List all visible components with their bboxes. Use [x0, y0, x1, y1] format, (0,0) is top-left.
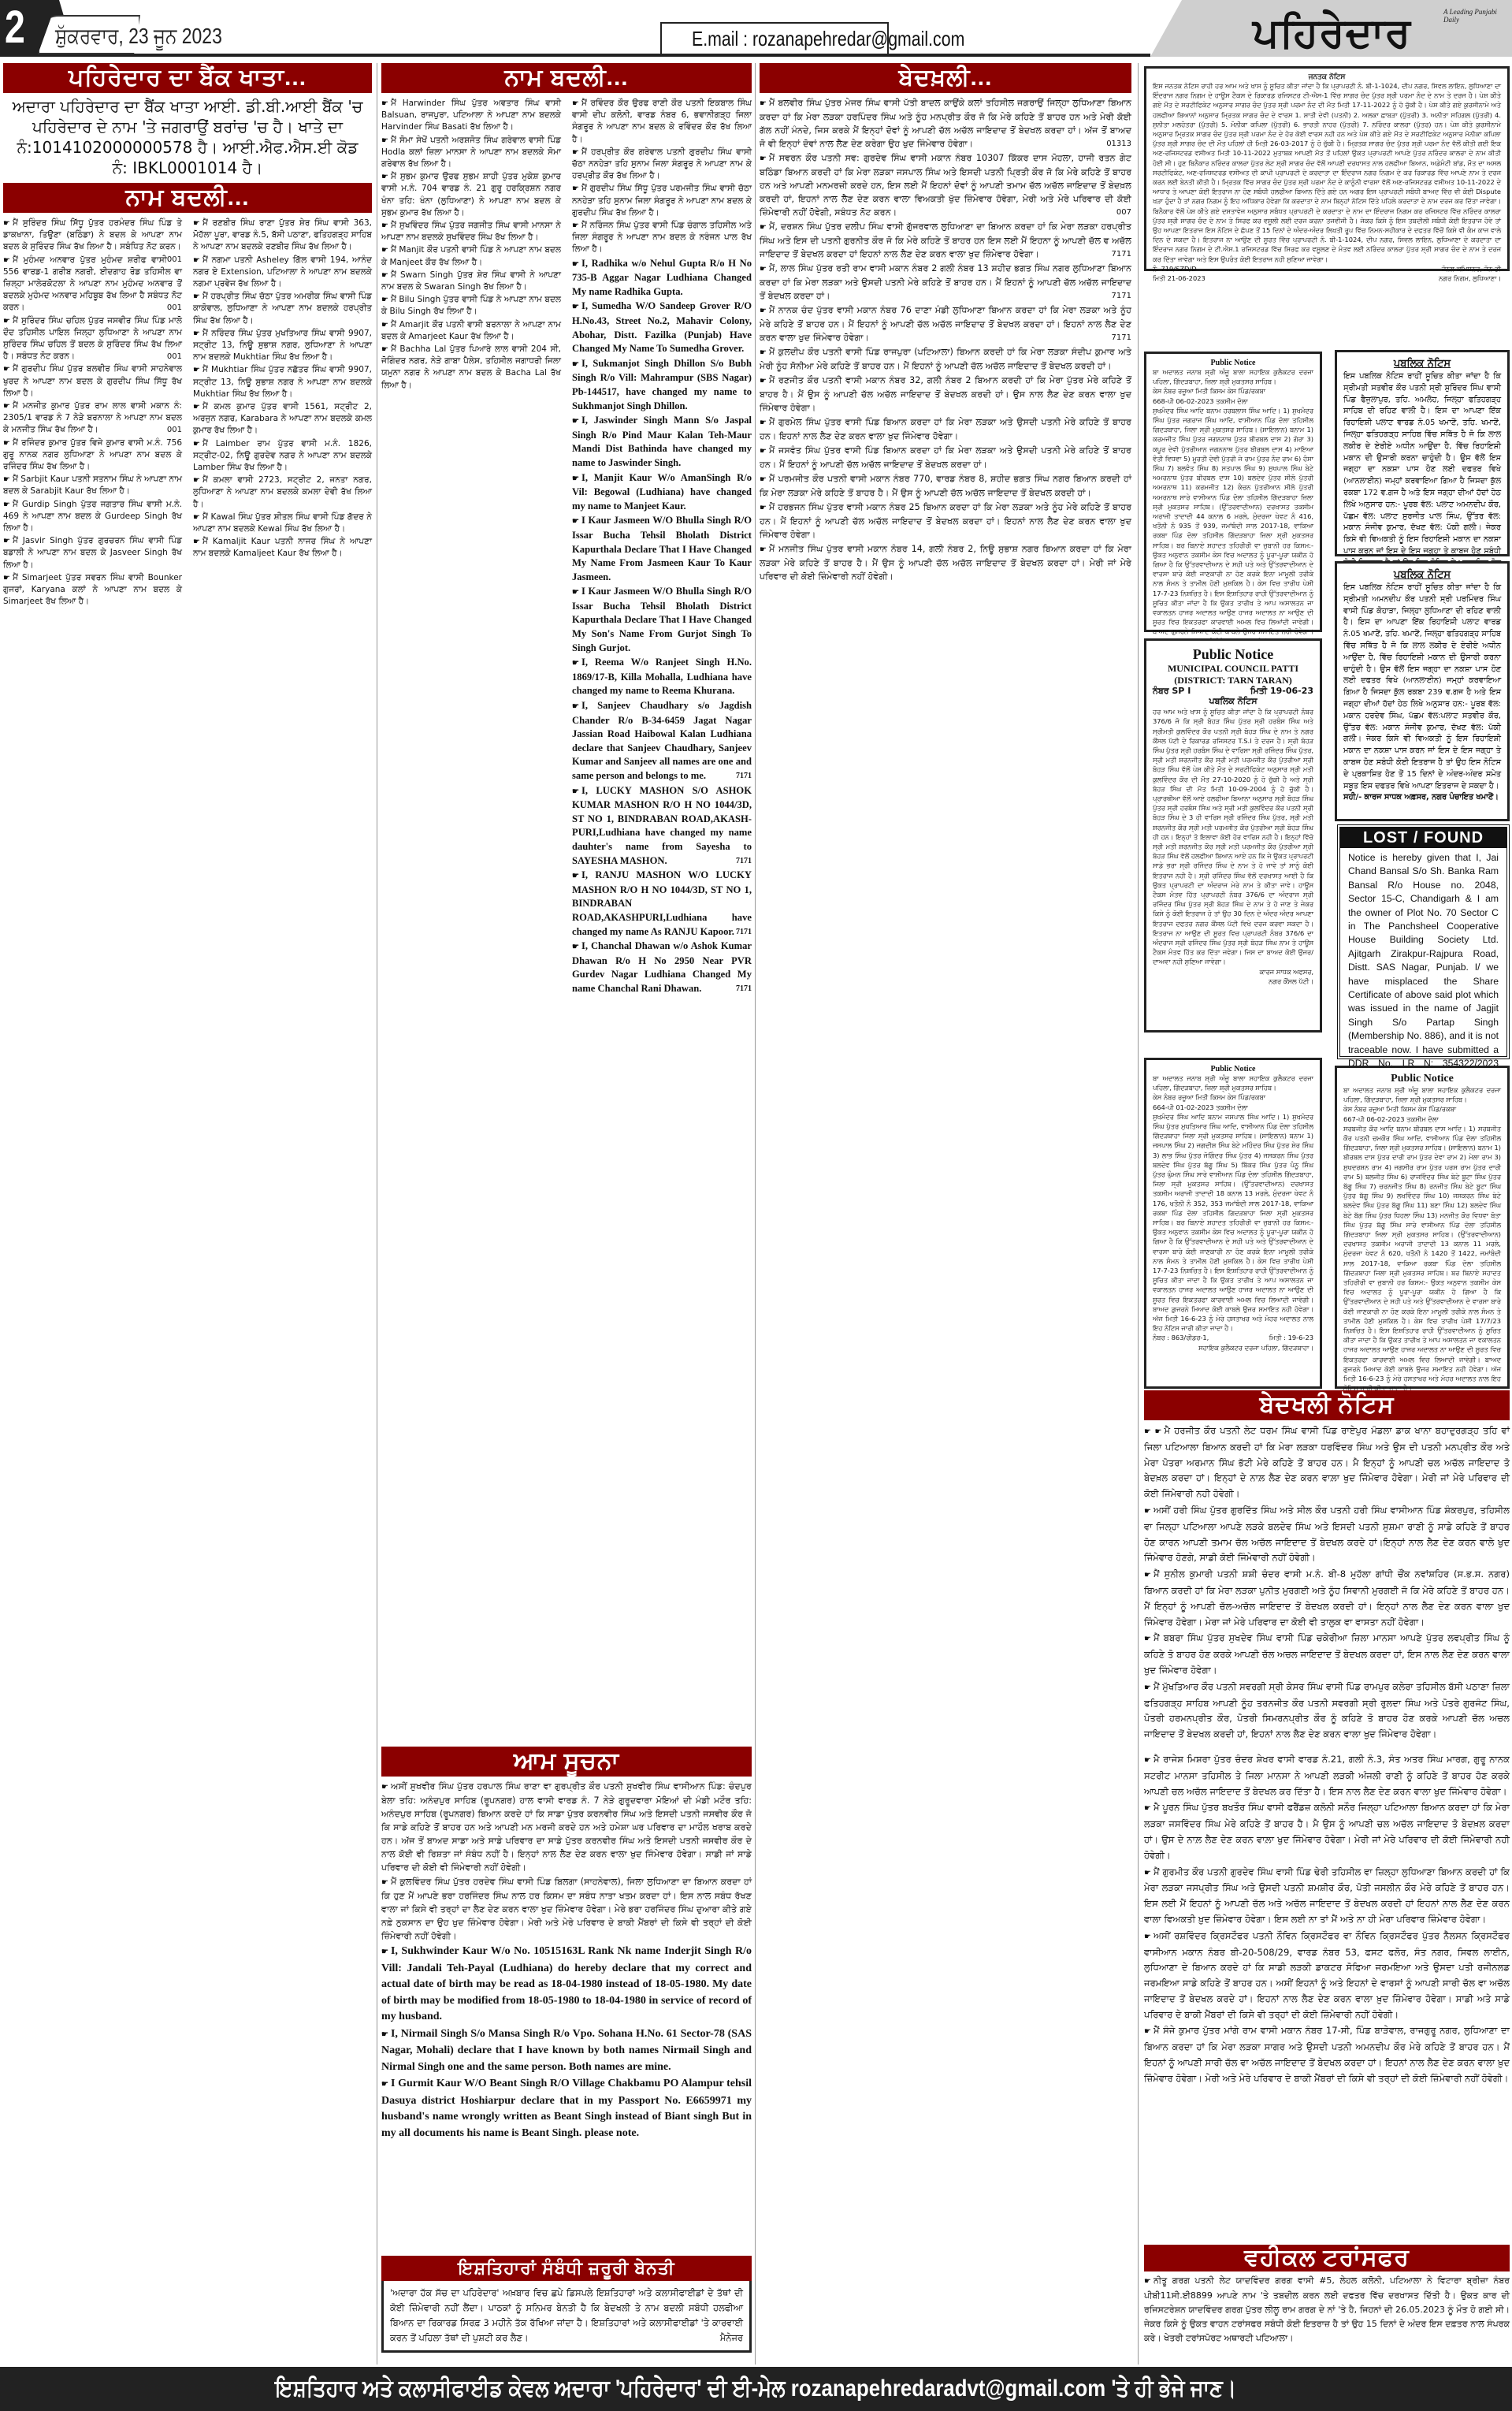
list-item: ☛ਮੈਂ ਸੁਖਵਿੰਦਰ ਸਿੰਘ ਪੁੱਤਰ ਜਗਜੀਤ ਸਿੰਘ ਵਾਸੀ…	[381, 220, 561, 244]
list-item: ☛ਮੈਂ ਸੁਨੀਲ ਕੁਮਾਰੀ ਪਤਨੀ ਸ਼ਸ਼ੀ ਚੰਦਰ ਵਾਸੀ ਮ…	[1144, 1567, 1510, 1630]
pointing-hand-icon: ☛	[3, 537, 10, 545]
notice-title: ਜਨਤਕ ਨੋਟਿਸ	[1153, 73, 1501, 81]
pointing-hand-icon: ☛	[572, 787, 579, 796]
pointing-hand-icon: ☛	[760, 348, 767, 357]
pointing-hand-icon: ☛	[760, 154, 767, 163]
pointing-hand-icon: ☛	[381, 271, 388, 280]
list-item: ☛ਮੈਂ ਮਨਜੀਤ ਕੁਮਾਰ ਪੁੱਤਰ ਰਾਮ ਲਾਲ ਵਾਸੀ ਮਕਾਨ…	[3, 400, 182, 437]
notice-subtitle: MUNICIPAL COUNCIL PATTI	[1153, 663, 1313, 675]
pointing-hand-icon: ☛	[3, 500, 10, 509]
list-item: ☛ਮੈਂ Harwinder ਸਿੰਘ ਪੁੱਤਰ ਅਵਤਾਰ ਸਿੰਘ ਵਾਸ…	[381, 98, 561, 134]
list-item: ☛I, RANJU MASHON W/O LUCKY MASHON R/O H …	[572, 869, 752, 939]
case-header: ਕੇਸ ਨੰਬਰ ਰਜੂਆ ਮਿਤੀ ਕਿਸਮ ਕੇਸ ਪਿੰਡ/ਰਕਬਾ	[1153, 386, 1313, 396]
pointing-hand-icon: ☛	[760, 504, 767, 512]
pointing-hand-icon: ☛	[760, 419, 767, 427]
list-item: ☛ਮੈਂ ਸੰਜੇ ਕੁਮਾਰ ਪੁੱਤਰ ਮਾਂਗੇ ਰਾਮ ਵਾਸੀ ਮਕਾ…	[1144, 2023, 1510, 2086]
pointing-hand-icon: ☛	[193, 513, 200, 522]
name-change-header: ਨਾਮ ਬਦਲੀ...	[3, 183, 372, 213]
name-change-header-2: ਨਾਮ ਬਦਲੀ...	[381, 63, 752, 93]
lost-found-title: LOST / FOUND	[1340, 828, 1506, 848]
list-item: ☛ਮੈਂ, ਦਰਸ਼ਨ ਸਿੰਘ ਪੁੱਤਰ ਦਲੀਪ ਸਿੰਘ ਵਾਸੀ ਗੁ…	[760, 220, 1131, 261]
pointing-hand-icon: ☛	[572, 148, 579, 157]
list-item: ☛ਮੈਂ ਰਵਿੰਦਰ ਕੌਰ ਉਰਫ ਰਾਣੀ ਕੌਰ ਪਤਨੀ ਇਕਬਾਲ …	[572, 98, 752, 146]
disclaimer-header: ਇਸ਼ਤਿਹਾਰਾਂ ਸੰਬੰਧੀ ਜ਼ਰੂਰੀ ਬੇਨਤੀ	[381, 2256, 752, 2281]
pointing-hand-icon: ☛	[572, 99, 579, 108]
general-notice-section: ਆਮ ਸੂਚਨਾ ☛ਅਸੀਂ ਸੁਖਵੀਰ ਸਿੰਘ ਪੁੱਤਰ ਹਰਪਾਲ ਸ…	[381, 1747, 752, 2142]
masthead: 2 ਸ਼ੁੱਕਰਵਾਰ, 23 ਜੂਨ 2023 E.mail : rozana…	[0, 0, 1512, 58]
disclaimer-body: 'ਅਦਾਰਾ ਹੱਕ ਸੱਚ ਦਾ ਪਹਿਰੇਦਾਰ' ਅਖ਼ਬਾਰ ਵਿਚ ਛ…	[381, 2281, 752, 2353]
list-item: ☛ਮੈਂ ਗੁਰਮੀਤ ਕੌਰ ਪਤਨੀ ਗੁਰਦੇਵ ਸਿੰਘ ਵਾਸੀ ਪਿ…	[1144, 1865, 1510, 1928]
notice-title: Public Notice	[1343, 1073, 1501, 1085]
general-notice-punjabi: ☛ਅਸੀਂ ਸੁਖਵੀਰ ਸਿੰਘ ਪੁੱਤਰ ਹਰਪਾਲ ਸਿੰਘ ਰਾਣਾ …	[381, 1780, 752, 1943]
pointing-hand-icon: ☛	[572, 872, 579, 880]
list-item: ☛ਮੈਂ ਹਰਭਜਨ ਸਿੰਘ ਪੁੱਤਰ ਵਾਸੀ ਮਕਾਨ ਨੰਬਰ 25 …	[760, 500, 1131, 541]
pointing-hand-icon: ☛	[193, 366, 200, 374]
pointing-hand-icon: ☛	[381, 2080, 388, 2089]
list-item: ☛I, Manjit Kaur W/o AmanSingh R/o Vil: B…	[572, 471, 752, 514]
list-item: ☛I Gurmit Kaur W/O Beant Singh R/O Villa…	[381, 2076, 752, 2141]
case-header: ਕੇਸ ਨੰਬਰ ਰਜੂਆ ਮਿਤੀ ਕਿਸਮ ਕੇਸ ਪਿੰਡ/ਰਕਬਾ	[1343, 1104, 1501, 1114]
list-item: ☛ਮੈਂ Gurdip Singh ਪੁੱਤਰ ਜਗਤਾਰ ਸਿੰਘ ਵਾਸੀ …	[3, 499, 182, 535]
list-item: ☛ਮੈਂ ਮਨਜੀਤ ਸਿੰਘ ਪੁੱਤਰ ਵਾਸੀ ਮਕਾਨ ਨੰਬਰ 14,…	[760, 542, 1131, 583]
newspaper-logo: ਪਹਿਰੇਦਾਰ	[1253, 9, 1411, 58]
notice-ref-row: ਨੰਬਰ SP Iਮਿਤੀ 19-06-23	[1153, 686, 1313, 696]
footer-banner: ਇਸ਼ਤਿਹਾਰ ਅਤੇ ਕਲਾਸੀਫਾਈਡ ਕੇਵਲ ਅਦਾਰਾ 'ਪਹਿਰੇ…	[0, 2367, 1512, 2411]
list-item: ☛ਮੈਂ Laimber ਰਾਮ ਪੁੱਤਰ ਵਾਸੀ ਮ.ਨੰ. 1826, …	[193, 438, 372, 474]
pointing-hand-icon: ☛	[572, 659, 579, 668]
list-item: ☛ਮੈਂ ਨਰਿੰਜਨ ਸਿੰਘ ਪੁੱਤਰ ਵਾਸੀ ਪਿੰਡ ਚੰਗਾਲ ਤ…	[572, 220, 752, 256]
list-item: ☛ਮੈਂ Amarjit ਕੌਰ ਪਤਨੀ ਵਾਸੀ ਬਰਨਾਲਾ ਨੇ ਆਪਣ…	[381, 319, 561, 343]
list-item: ☛ਮੈਂ ਗੁਰਦੀਪ ਸਿੰਘ ਪੁੱਤਰ ਬਲਵੀਰ ਸਿੰਘ ਵਾਸੀ ਸ…	[3, 363, 182, 400]
pointing-hand-icon: ☛	[193, 292, 200, 301]
notice-footer: ਨੰਬਰ : 863/ਰੀਡਰ-1,ਮਿਤੀ : 19-6-23	[1153, 1333, 1313, 1342]
list-item: ☛ਮੈਂ Bachha Lal ਪੁੱਤਰ ਪਿਆਰੇ ਲਾਲ ਵਾਸੀ 204…	[381, 344, 561, 392]
pointing-hand-icon: ☛	[1144, 1756, 1151, 1765]
list-item: ☛ਮੈਂ ਗੁਰਮੇਲ ਸਿੰਘ ਪੁੱਤਰ ਵਾਸੀ ਪਿੰਡ ਬਿਆਨ ਕਰ…	[760, 415, 1131, 443]
notice-title: Public Notice	[1153, 646, 1313, 663]
list-item: ☛ਮੈ ਰਾਜੇਸ਼ ਮਿਸ਼ਰਾ ਪੁੱਤਰ ਚੰਦਰ ਸ਼ੇਖਰ ਵਾਸੀ …	[1144, 1752, 1510, 1799]
column-2: ਨਾਮ ਬਦਲੀ... ☛ਮੈਂ Harwinder ਸਿੰਘ ਪੁੱਤਰ ਅਵ…	[381, 63, 752, 997]
list-item: ☛I, LUCKY MASHON S/O ASHOK KUMAR MASHON …	[572, 784, 752, 869]
disinheritance-list-1: ☛ਮੈਂ ਬਲਵੀਰ ਸਿੰਘ ਪੁੱਤਰ ਮੇਜਰ ਸਿੰਘ ਵਾਸੀ ਪੱਤ…	[760, 96, 1131, 583]
pointing-hand-icon: ☛	[193, 219, 200, 228]
name-change-2-english: ☛I, Radhika w/o Nehul Gupta R/o H No 735…	[572, 257, 752, 996]
public-notice-court-667: Public Notice ਬਾ ਅਦਾਲਤ ਜਨਾਬ ਸ਼੍ਰੀ ਅੰਜੂ ਬ…	[1335, 1066, 1510, 1389]
general-notice-header: ਆਮ ਸੂਚਨਾ	[381, 1747, 752, 1777]
name-change-list-2: ☛ਮੈਂ Harwinder ਸਿੰਘ ਪੁੱਤਰ ਅਵਤਾਰ ਸਿੰਘ ਵਾਸ…	[381, 98, 752, 997]
list-item: ☛ਮੈਂ ਬਲਵੀਰ ਸਿੰਘ ਪੁੱਤਰ ਮੇਜਰ ਸਿੰਘ ਵਾਸੀ ਪੱਤ…	[760, 96, 1131, 151]
pointing-hand-icon: ☛	[1144, 2277, 1151, 2286]
list-item: ☛ਮੈਂ ਜਸਵੰਤ ਸਿੰਘ ਪੁੱਤਰ ਵਾਸੀ ਪਿੰਡ ਬਿਆਨ ਕਰਦ…	[760, 444, 1131, 471]
public-notice-court-668: Public Notice ਬਾ ਅਦਾਲਤ ਜਨਾਬ ਸ਼੍ਰੀ ਅੰਜੂ ਬ…	[1144, 352, 1322, 632]
pointing-hand-icon: ☛	[572, 943, 579, 951]
pointing-hand-icon: ☛	[572, 517, 579, 526]
list-item: ☛ਮੈਂ ਪਰਮਜੀਤ ਕੌਰ ਪਤਨੀ ਵਾਸੀ ਮਕਾਨ ਨੰਬਰ 770,…	[760, 472, 1131, 500]
pointing-hand-icon: ☛	[193, 538, 200, 546]
list-item: ☛ਮੈਂ ਨਾਨਕ ਚੰਦ ਪੁੱਤਰ ਵਾਸੀ ਮਕਾਨ ਨੰਬਰ 76 ਦਾ…	[760, 303, 1131, 344]
pointing-hand-icon: ☛	[1144, 1684, 1151, 1692]
pointing-hand-icon: ☛	[1144, 2027, 1151, 2036]
list-item: ☛ਮੈਂ ਸੋਮਾ ਸੇਖੋਂ ਪਤਨੀ ਅਰਸ਼ਜੋਤ ਸਿੰਘ ਗਰੇਵਾਲ…	[381, 135, 561, 171]
column-divider	[377, 63, 377, 2364]
pointing-hand-icon: ☛	[1144, 1804, 1151, 1813]
notice-court: ਬਾ ਅਦਾਲਤ ਜਨਾਬ ਸ਼੍ਰੀ ਅੰਜੂ ਬਾਲਾ ਸਹਾਇਕ ਕੁਲੈ…	[1153, 367, 1313, 386]
pointing-hand-icon: ☛	[381, 246, 388, 255]
pointing-hand-icon: ☛	[3, 439, 10, 448]
pointing-hand-icon: ☛	[3, 317, 10, 326]
disinheritance-header: ਬੇਦਖ਼ਲੀ...	[760, 63, 1131, 93]
pointing-hand-icon: ☛	[381, 221, 388, 230]
list-item: ☛I, Radhika w/o Nehul Gupta R/o H No 735…	[572, 257, 752, 300]
list-item: ☛I, Nirmail Singh S/o Mansa Singh R/o Vp…	[381, 2026, 752, 2076]
notice-body: ਇਸ ਜਨਤਕ ਨੋਟਿਸ ਰਾਹੀ ਹਰ ਆਮ ਅਤੇ ਖਾਸ ਨੂੰ ਸੂਚ…	[1153, 81, 1501, 264]
name-change-2-right-column: ☛ਮੈਂ ਰਵਿੰਦਰ ਕੌਰ ਉਰਫ ਰਾਣੀ ਕੌਰ ਪਤਨੀ ਇਕਬਾਲ …	[572, 98, 752, 997]
name-change-2-left-column: ☛ਮੈਂ Harwinder ਸਿੰਘ ਪੁੱਤਰ ਅਵਤਾਰ ਸਿੰਘ ਵਾਸ…	[381, 98, 561, 997]
pointing-hand-icon: ☛	[193, 476, 200, 485]
disinheritance-notice-header: ਬੇਦਖਲੀ ਨੋਟਿਸ	[1144, 1390, 1510, 1420]
lost-found-notice: LOST / FOUND Notice is hereby given that…	[1337, 824, 1510, 1059]
disinheritance-notice-section: ਬੇਦਖਲੀ ਨੋਟਿਸ ☛ ☛ਮੈ ਹਰਜੀਤ ਕੌਰ ਪਤਨੀ ਲੇਟ ਧਰ…	[1144, 1390, 1510, 2088]
case-row: 664-ਪੀ 01-02-2023 ਤਕਸੀਮ ਦੋਲਾ	[1153, 1103, 1313, 1112]
case-header: ਕੇਸ ਨੰਬਰ ਰਜੂਆ ਮਿਤੀ ਕਿਸਮ ਕੇਸ ਪਿੰਡ/ਰਕਬਾ	[1153, 1092, 1313, 1102]
public-notice-khamanon-239: ਪਬਲਿਕ ਨੋਟਿਸ ਇਸ ਪਬਲਿਕ ਨੋਟਿਸ ਰਾਹੀਂ ਸੂਚਿਤ ਕ…	[1335, 561, 1510, 821]
pointing-hand-icon: ☛	[193, 403, 200, 411]
disinheritance-list-2: ☛ ☛ਮੈ ਹਰਜੀਤ ਕੌਰ ਪਤਨੀ ਲੇਟ ਧਰਮ ਸਿੰਘ ਵਾਸੀ ਪ…	[1144, 1423, 1510, 2087]
public-notice-jantak: ਜਨਤਕ ਨੋਟਿਸ ਇਸ ਜਨਤਕ ਨੋਟਿਸ ਰਾਹੀ ਹਰ ਆਮ ਅਤੇ …	[1144, 66, 1510, 271]
pointing-hand-icon: ☛	[381, 99, 388, 108]
ad-disclaimer: ਇਸ਼ਤਿਹਾਰਾਂ ਸੰਬੰਧੀ ਜ਼ਰੂਰੀ ਬੇਨਤੀ 'ਅਦਾਰਾ ਹੱ…	[381, 2256, 752, 2353]
name-change-list-1: ☛ਮੈਂ ਸੁਰਿੰਦਰ ਸਿੰਘ ਸਿੱਧੂ ਪੁੱਤਰ ਹਰਮੰਦਰ ਸਿੰ…	[3, 218, 372, 609]
pointing-hand-icon: ☛	[3, 365, 10, 374]
vehicle-transfer-body: ☛ਨੀਤੂ ਗਰਗ ਪਤਨੀ ਲੇਟ ਯਾਦਵਿੰਦਰ ਗਰਗ ਵਾਸੀ #5,…	[1144, 2274, 1510, 2346]
name-change-left-column: ☛ਮੈਂ ਸੁਰਿੰਦਰ ਸਿੰਘ ਸਿੱਧੂ ਪੁੱਤਰ ਹਰਮੰਦਰ ਸਿੰ…	[3, 218, 182, 609]
notice-signature: ਨਗਰ ਕੌਂਸਲ ਪੱਟੀ।	[1153, 977, 1313, 986]
pointing-hand-icon: ☛	[760, 99, 767, 108]
list-item: ☛I Kaur Jasmeen W/O Bhulla Singh R/O Iss…	[572, 514, 752, 584]
list-item: ☛ਮੈਂ ਸੁਰਿੰਦਰ ਸਿੰਘ ਸਿੱਧੂ ਪੁੱਤਰ ਹਰਮੰਦਰ ਸਿੰ…	[3, 218, 182, 254]
notice-body: ਇਸ ਪਬਲਿਕ ਨੋਟਿਸ ਰਾਹੀਂ ਸੂਚਿਤ ਕੀਤਾ ਜਾਂਦਾ ਹੈ…	[1343, 582, 1501, 792]
list-item: ☛ਮੈਂ ਬਬਰਾ ਸਿੰਘ ਪੁੱਤਰ ਸੁਖਦੇਵ ਸਿੰਘ ਵਾਸੀ ਪਿ…	[1144, 1631, 1510, 1678]
public-notice-court-664: Public Notice ਬਾ ਅਦਾਲਤ ਜਨਾਬ ਸ਼੍ਰੀ ਅੰਜੂ ਬ…	[1144, 1058, 1322, 1389]
notice-title-punjabi: ਪਬਲਿਕ ਨੋਟਿਸ	[1153, 696, 1313, 707]
pointing-hand-icon: ☛	[3, 219, 10, 228]
list-item: ☛ਮੈਂ Swarn Singh ਪੁੱਤਰ ਸ਼ੇਰ ਸਿੰਘ ਵਾਸੀ ਨੇ…	[381, 270, 561, 293]
notice-court: ਬਾ ਅਦਾਲਤ ਜਨਾਬ ਸ਼੍ਰੀ ਅੰਜੂ ਬਾਲਾ ਸਹਾਇਕ ਕੁਲੈ…	[1153, 1073, 1313, 1092]
list-item: ☛ਅਸੀਂ ਰਸ਼ਵਿੰਦਰ ਕ੍ਰਿਸਟੌਫਰ ਪਤਨੀ ਨੌਵਿਨ ਕ੍ਰਿ…	[1144, 1929, 1510, 2023]
pointing-hand-icon: ☛	[572, 221, 579, 230]
pointing-hand-icon: ☛	[760, 377, 767, 385]
pointing-hand-icon: ☛	[760, 447, 767, 456]
notice-signature: ਕਾਰਜ ਸਾਧਕ ਅਫਸਰ,	[1153, 967, 1313, 977]
notice-signature: ਸਹੀ/- ਕਾਰਜ ਸਾਧਕ ਅਫ਼ਸਰ, ਨਗਰ ਪੰਚਾਇਤ ਖਮਾਣੋਂ…	[1343, 792, 1501, 804]
pointing-hand-icon: ☛	[572, 303, 579, 311]
notice-body: ਸੁਖਮੰਦਰ ਸਿੰਘ ਆਦਿ ਬਨਾਮ ਹਰਬਲਾਸ ਸਿੰਘ ਆਦਿ। 1…	[1153, 406, 1313, 656]
list-item: ☛ਮੈਂ ਕਮਲ ਕੁਮਾਰ ਪੁੱਤਰ ਵਾਸੀ 1561, ਸਟ੍ਰੀਟ 2…	[193, 401, 372, 437]
notice-subtitle: (DISTRICT: TARN TARAN)	[1153, 675, 1313, 686]
list-item: ☛ਮੈਂ Kawal ਸਿੰਘ ਪੁੱਤਰ ਸ਼ੀਤਲ ਸਿੰਘ ਵਾਸੀ ਪਿ…	[193, 512, 372, 535]
notice-body: ਇਸ ਪਬਲਿਕ ਨੋਟਿਸ ਰਾਹੀਂ ਸੂਚਿਤ ਕੀਤਾ ਜਾਂਦਾ ਹੈ…	[1343, 371, 1501, 593]
name-change-2-punjabi: ☛ਮੈਂ ਰਵਿੰਦਰ ਕੌਰ ਉਰਫ ਰਾਣੀ ਕੌਰ ਪਤਨੀ ਇਕਬਾਲ …	[572, 98, 752, 256]
notice-court: ਬਾ ਅਦਾਲਤ ਜਨਾਬ ਸ਼੍ਰੀ ਅੰਜੂ ਬਾਲਾ ਸਹਾਇਕ ਕੁਲੈ…	[1343, 1085, 1501, 1104]
pointing-hand-icon: ☛	[572, 474, 579, 483]
list-item: ☛ਮੈਂ ਮੁੱਖਤਿਆਰ ਕੌਰ ਪਤਨੀ ਸਵਰਗੀ ਸ੍ਰੀ ਕੇਸਰ ਸ…	[1144, 1680, 1510, 1743]
list-item: ☛ਮੈਂ ਮੁਹੰਮਦ ਅਨਵਾਰ ਪੁੱਤਰ ਮੁਹੰਮਦ ਸ਼ਰੀਫ ਵਾਸ…	[3, 255, 182, 314]
masthead-email[interactable]: E.mail : rozanapehredar@gmail.com	[660, 22, 889, 55]
list-item: ☛ਅਸੀਂ ਸੁਖਵੀਰ ਸਿੰਘ ਪੁੱਤਰ ਹਰਪਾਲ ਸਿੰਘ ਰਾਣਾ …	[381, 1780, 752, 1874]
column-divider	[755, 63, 756, 2364]
list-item: ☛ਮੈਂ ਰਜਿੰਦਰ ਕੁਮਾਰ ਪੁੱਤਰ ਵਿਜੇ ਕੁਮਾਰ ਵਾਸੀ …	[3, 437, 182, 474]
notice-title: Public Notice	[1153, 1065, 1313, 1073]
list-item: ☛I, Sumedha W/O Sandeep Grover R/O H.No.…	[572, 300, 752, 355]
pointing-hand-icon: ☛	[381, 296, 388, 304]
notice-title: ਪਬਲਿਕ ਨੋਟਿਸ	[1343, 357, 1501, 371]
list-item: ☛I, Chanchal Dhawan w/o Ashok Kumar Dhaw…	[572, 939, 752, 995]
bank-account-text: ਅਦਾਰਾ ਪਹਿਰੇਦਾਰ ਦਾ ਬੈਂਕ ਖਾਤਾ ਆਈ. ਡੀ.ਬੀ.ਆਈ…	[3, 93, 372, 181]
list-item: ☛ਅਸੀਂ ਹਰੀ ਸਿੰਘ ਪੁੱਤਰ ਗੁਰਦਿੱਤ ਸਿੰਘ ਅਤੇ ਸੀ…	[1144, 1503, 1510, 1566]
logo-tagline: A Leading Punjabi Daily	[1443, 8, 1512, 24]
notice-signature: ਸਹਾਇਕ ਕੁਲੈਕਟਰ ਦਰਜਾ ਪਹਿਲਾ, ਗਿੱਦੜਬਾਹਾ।	[1153, 1343, 1313, 1352]
pointing-hand-icon: ☛	[3, 475, 10, 484]
list-item: ☛I, Jaswinder Singh Mann S/o Jaspal Sing…	[572, 414, 752, 470]
list-item: ☛ਮੈਂ ਸੁਰਿੰਦਰ ਸਿੰਘ ਚਹਿਲ ਪੁੱਤਰ ਜਸਵੀਰ ਸਿੰਘ …	[3, 315, 182, 363]
case-row: 667-ਪੀ 06-02-2023 ਤਕਸੀਮ ਦੋਲਾ	[1343, 1114, 1501, 1124]
list-item: ☛ਮੈਂ, ਲਾਲ ਸਿੰਘ ਪੁੱਤਰ ਰਤੀ ਰਾਮ ਵਾਸੀ ਮਕਾਨ ਨ…	[760, 262, 1131, 303]
pointing-hand-icon: ☛	[381, 1783, 388, 1792]
pointing-hand-icon: ☛	[572, 588, 579, 597]
column-3: ਬੇਦਖ਼ਲੀ... ☛ਮੈਂ ਬਲਵੀਰ ਸਿੰਘ ਪੁੱਤਰ ਮੇਜਰ ਸਿ…	[760, 63, 1131, 584]
notice-footer: ਨੰ. 719/SZD/Dਜੋਨਲ ਕਮਿਸ਼ਨਰ, ਜੋਨ-ਡੀ	[1153, 264, 1501, 273]
notice-title: ਪਬਲਿਕ ਨੋਟਿਸ	[1343, 568, 1501, 582]
case-row: 668-ਪੀ 06-02-2023 ਤਕਸੀਮ ਦੋਲਾ	[1153, 396, 1313, 406]
notice-title: Public Notice	[1153, 359, 1313, 367]
disclaimer-signature: ਮੈਨੇਜਰ	[720, 2331, 743, 2346]
notice-footer: ਮਿਤੀ 21-06-2023ਨਗਰ ਨਿਗਮ, ਲੁਧਿਆਣਾ।	[1153, 273, 1501, 283]
pointing-hand-icon: ☛	[1144, 1635, 1151, 1643]
list-item: ☛ਮੈ ਪੂਰਨ ਸਿੰਘ ਪੁੱਤਰ ਬਖਤੌਰ ਸਿੰਘ ਵਾਸੀ ਫਰੈਂ…	[1144, 1800, 1510, 1863]
pointing-hand-icon: ☛	[381, 136, 388, 145]
list-item: ☛I, Sanjeev Chaudhary s/o Jagdish Chande…	[572, 699, 752, 783]
list-item: ☛ਮੈਂ Mukhtiar ਸਿੰਘ ਪੁੱਤਰ ਨਛੱਤਰ ਸਿੰਘ ਵਾਸੀ…	[193, 364, 372, 400]
notice-body: ਹਰ ਆਮ ਅਤੇ ਖਾਸ ਨੂੰ ਸੂਚਿਤ ਕੀਤਾ ਜਾਂਦਾ ਹੈ ਕਿ…	[1153, 707, 1313, 966]
pointing-hand-icon: ☛	[193, 329, 200, 338]
column-1: ਪਹਿਰੇਦਾਰ ਦਾ ਬੈਂਕ ਖਾਤਾ... ਅਦਾਰਾ ਪਹਿਰੇਦਾਰ …	[3, 63, 372, 609]
issue-date: ਸ਼ੁੱਕਰਵਾਰ, 23 ਜੂਨ 2023	[55, 24, 222, 50]
list-item: ☛I, Sukhwinder Kaur W/o No. 10515163L Ra…	[381, 1944, 752, 2026]
list-item: ☛ਮੈਂ ਰਣਬੀਰ ਸਿੰਘ ਰਾਣਾ ਪੁੱਤਰ ਸ਼ੇਰ ਸਿੰਘ ਵਾਸ…	[193, 218, 372, 254]
public-notice-patti: Public Notice MUNICIPAL COUNCIL PATTI (D…	[1144, 638, 1322, 1032]
list-item: ☛ਮੈਂ ਹਰਪ੍ਰੀਤ ਕੌਰ ਗਰੇਵਾਲ ਪਤਨੀ ਗੁਰਦੀਪ ਸਿੰਘ…	[572, 147, 752, 183]
pointing-hand-icon: ☛	[760, 265, 767, 273]
pointing-hand-icon: ☛	[193, 256, 200, 265]
pointing-hand-icon: ☛	[381, 1878, 388, 1887]
list-item: ☛ਮੈਂ ਨਗਮਾ ਪਤਨੀ Asheley ਗਿੱਲ ਵਾਸੀ 194, ਆਨ…	[193, 255, 372, 291]
list-item: ☛ਮੈਂ ਹਰਪ੍ਰੀਤ ਸਿੰਘ ਚੱਠਾ ਪੁੱਤਰ ਅਮਰੀਕ ਸਿੰਘ …	[193, 291, 372, 327]
list-item: ☛ਮੈਂ ਗੁਰਦੀਪ ਸਿੰਘ ਸਿੱਧੂ ਪੁੱਤਰ ਪਰਮਜੀਤ ਸਿੰਘ…	[572, 183, 752, 219]
list-item: ☛ਮੈਂ Simarjeet ਪੁੱਤਰ ਸਵਰਨ ਸਿੰਘ ਵਾਸੀ Boun…	[3, 572, 182, 608]
list-item: ☛ ☛ਮੈ ਹਰਜੀਤ ਕੌਰ ਪਤਨੀ ਲੇਟ ਧਰਮ ਸਿੰਘ ਵਾਸੀ ਪ…	[1144, 1423, 1510, 1502]
pointing-hand-icon: ☛	[3, 256, 10, 265]
bank-account-header: ਪਹਿਰੇਦਾਰ ਦਾ ਬੈਂਕ ਖਾਤਾ...	[3, 63, 372, 93]
pointing-hand-icon: ☛	[572, 417, 579, 426]
footer-text: ਇਸ਼ਤਿਹਾਰ ਅਤੇ ਕਲਾਸੀਫਾਈਡ ਕੇਵਲ ਅਦਾਰਾ 'ਪਹਿਰੇ…	[276, 2367, 1237, 2411]
pointing-hand-icon: ☛	[760, 223, 767, 232]
list-item: ☛ਮੈਂ Jasvir Singh ਪੁੱਤਰ ਗੁਰਚਰਨ ਸਿੰਘ ਵਾਸੀ…	[3, 535, 182, 571]
pointing-hand-icon: ☛	[1144, 1869, 1151, 1877]
pointing-hand-icon: ☛	[3, 574, 10, 582]
column-divider	[1138, 63, 1139, 2364]
pointing-hand-icon: ☛	[193, 440, 200, 448]
pointing-hand-icon: ☛	[1144, 1571, 1151, 1579]
pointing-hand-icon: ☛ ☛	[1144, 1427, 1162, 1436]
vehicle-transfer-section: ਵਹੀਕਲ ਟਰਾਂਸਫਰ ☛ਨੀਤੂ ਗਰਗ ਪਤਨੀ ਲੇਟ ਯਾਦਵਿੰਦ…	[1144, 2245, 1510, 2346]
pointing-hand-icon: ☛	[760, 545, 767, 554]
pointing-hand-icon: ☛	[572, 360, 579, 369]
list-item: ☛I, Sukmanjot Singh Dhillon S/o Bubh Sin…	[572, 357, 752, 413]
list-item: ☛ਮੈਂ ਕਮਲਾ ਵਾਸੀ 2723, ਸਟ੍ਰੀਟ 2, ਜਨਤਾ ਨਗਰ,…	[193, 474, 372, 511]
notice-body: ਸਰਬਜੀਤ ਕੌਰ ਆਦਿ ਬਨਾਮ ਬੀਰਬਲ ਦਾਸ ਆਦਿ। 1) ਸਰ…	[1343, 1124, 1501, 1393]
pointing-hand-icon: ☛	[1144, 1933, 1151, 1941]
list-item: ☛ਮੈਂ ਸੁਭਮ ਕੁਮਾਰ ਉਰਫ ਸੁਭਮ ਸ਼ਾਹੀ ਪੁੱਤਰ ਮੁਕ…	[381, 171, 561, 219]
vehicle-transfer-header: ਵਹੀਕਲ ਟਰਾਂਸਫਰ	[1144, 2245, 1510, 2271]
pointing-hand-icon: ☛	[1144, 1507, 1151, 1516]
pointing-hand-icon: ☛	[381, 345, 388, 354]
pointing-hand-icon: ☛	[572, 260, 579, 269]
name-change-right-column: ☛ਮੈਂ ਰਣਬੀਰ ਸਿੰਘ ਰਾਣਾ ਪੁੱਤਰ ਸ਼ੇਰ ਸਿੰਘ ਵਾਸ…	[193, 218, 372, 609]
pointing-hand-icon: ☛	[760, 475, 767, 484]
pointing-hand-icon: ☛	[381, 2030, 388, 2039]
list-item: ☛I, Reema W/o Ranjeet Singh H.No. 1869/1…	[572, 656, 752, 698]
list-item: ☛I Kaur Jasmeen W/O Bhulla Singh R/O Iss…	[572, 585, 752, 655]
pointing-hand-icon: ☛	[3, 402, 10, 411]
list-item: ☛ਮੈਂ ਸਵਰਨ ਕੌਰ ਪਤਨੀ ਸਵ: ਗੁਰਦੇਵ ਸਿੰਘ ਵਾਸੀ …	[760, 151, 1131, 219]
pointing-hand-icon: ☛	[760, 307, 767, 315]
public-notice-khamanon-172: ਪਬਲਿਕ ਨੋਟਿਸ ਇਸ ਪਬਲਿਕ ਨੋਟਿਸ ਰਾਹੀਂ ਸੂਚਿਤ ਕ…	[1335, 350, 1510, 556]
list-item: ☛ਨੀਤੂ ਗਰਗ ਪਤਨੀ ਲੇਟ ਯਾਦਵਿੰਦਰ ਗਰਗ ਵਾਸੀ #5,…	[1144, 2274, 1510, 2346]
list-item: ☛ਮੈਂ ਨਰਿੰਦਰ ਸਿੰਘ ਪੁੱਤਰ ਮੁਖਤਿਆਰ ਸਿੰਘ ਵਾਸੀ…	[193, 328, 372, 364]
notice-body: ਸੁਖਮੰਦਰ ਸਿੰਘ ਆਦਿ ਬਨਾਮ ਜਸਪਾਲ ਸਿੰਘ ਆਦਿ। 1)…	[1153, 1112, 1313, 1334]
list-item: ☛ਮੈਂ Sarbjit Kaur ਪਤਨੀ ਸਤਨਾਮ ਸਿੰਘ ਨੇ ਆਪਣ…	[3, 474, 182, 497]
pointing-hand-icon: ☛	[572, 702, 579, 711]
general-notice-english: ☛I, Sukhwinder Kaur W/o No. 10515163L Ra…	[381, 1944, 752, 2141]
pointing-hand-icon: ☛	[381, 1948, 388, 1956]
pointing-hand-icon: ☛	[381, 321, 388, 329]
page-number: 2	[5, 2, 43, 54]
list-item: ☛ਮੈਂ ਕੁਲਦੀਪ ਕੌਰ ਪਤਨੀ ਵਾਸੀ ਪਿੰਡ ਰਾਜਪੁਰਾ (…	[760, 345, 1131, 373]
pointing-hand-icon: ☛	[381, 173, 388, 181]
list-item: ☛ਮੈਂ Manjit ਕੌਰ ਪਤਨੀ ਵਾਸੀ ਪਿੰਡ ਨੇ ਆਪਣਾ ਨ…	[381, 244, 561, 268]
list-item: ☛ਮੈਂ Kamaljit Kaur ਪਤਨੀ ਨਾਜਰ ਸਿੰਘ ਨੇ ਆਪਣ…	[193, 536, 372, 560]
list-item: ☛ਮੈਂ ਰਣਜੀਤ ਕੌਰ ਪਤਨੀ ਵਾਸੀ ਮਕਾਨ ਨੰਬਰ 32, ਗ…	[760, 374, 1131, 415]
list-item: ☛ਮੈਂ ਕੁਲਵਿੰਦਰ ਸਿੰਘ ਪੁੱਤਰ ਹਰਦੇਵ ਸਿੰਘ ਵਾਸੀ…	[381, 1875, 752, 1943]
list-item: ☛ਮੈਂ Bilu Singh ਪੁੱਤਰ ਵਾਸੀ ਪਿੰਡ ਨੇ ਆਪਣਾ …	[381, 294, 561, 318]
pointing-hand-icon: ☛	[572, 184, 579, 193]
